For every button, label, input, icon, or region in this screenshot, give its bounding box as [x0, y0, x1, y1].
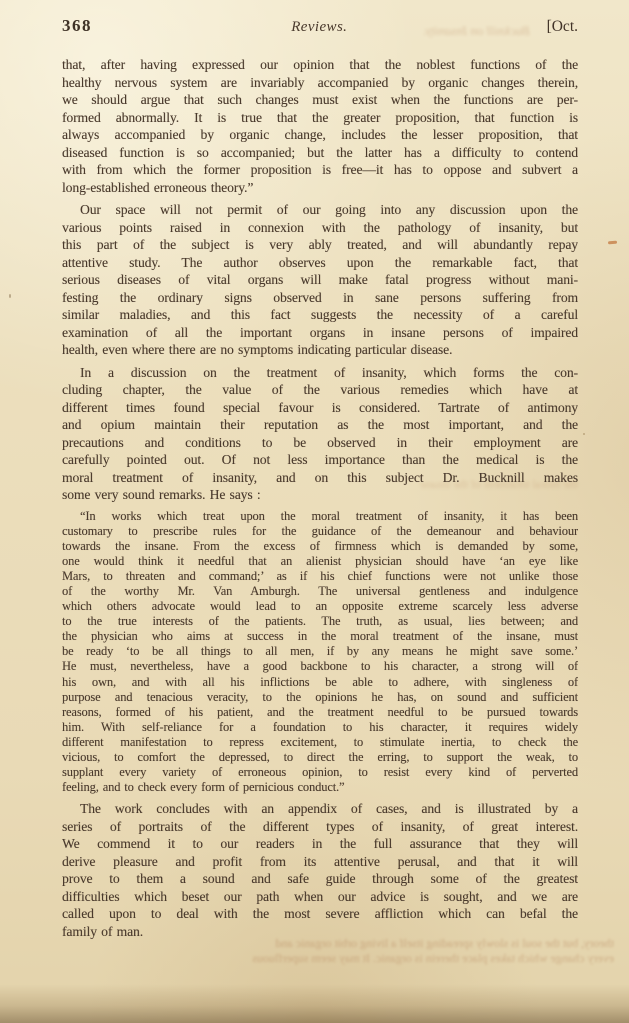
bleedthrough-bottom-line-2: every change which takes place therein i…: [92, 951, 614, 966]
text-line: festing the ordinary signs observed in s…: [62, 289, 578, 307]
scanned-book-page: 368 Reviews. [Oct. Bucknill on Insanity.…: [0, 0, 629, 1023]
text-line: different times found special favour is …: [62, 399, 578, 417]
text-line: we should argue that such changes must e…: [62, 91, 578, 109]
text-line: similar maladies, and this fact suggests…: [62, 306, 578, 324]
issue-marker: [Oct.: [547, 18, 578, 36]
text-line: supplant every variety of erroneous opin…: [62, 765, 578, 780]
text-line: health, even where there are no symptoms…: [62, 341, 578, 359]
paragraph: that, after having expressed our opinion…: [62, 56, 578, 196]
text-line: feeling, and to check every form of pern…: [62, 780, 578, 795]
text-line: In a discussion on the treatment of insa…: [62, 364, 578, 382]
page-number: 368: [62, 16, 92, 36]
paragraph: Our space will not permit of our going i…: [62, 201, 578, 359]
text-line: to the true interests of the patients. T…: [62, 614, 578, 629]
text-line: purpose and tenacious veracity, to the o…: [62, 690, 578, 705]
text-line: serious diseases of vital organs will ma…: [62, 271, 578, 289]
text-line: series of portraits of the different typ…: [62, 818, 578, 836]
text-line: and opium maintain their reputation as t…: [62, 416, 578, 434]
paragraph: In a discussion on the treatment of insa…: [62, 364, 578, 504]
text-line: family of man.: [62, 923, 578, 941]
text-line: him. With self-reliance for a foundation…: [62, 720, 578, 735]
text-line: “In works which treat upon the moral tre…: [62, 509, 578, 524]
text-line: attentive study. The author observes upo…: [62, 254, 578, 272]
text-line: called upon to deal with the most severe…: [62, 905, 578, 923]
text-line: He must, nevertheless, have a good backb…: [62, 659, 578, 674]
text-line: We commend it to our readers in the full…: [62, 835, 578, 853]
text-line: that, after having expressed our opinion…: [62, 56, 578, 74]
text-line: prove to them a sound and safe guide thr…: [62, 870, 578, 888]
text-line: cluding chapter, the value of the variou…: [62, 381, 578, 399]
text-line: reasons, formed of his patient, and the …: [62, 705, 578, 720]
block-quote: “In works which treat upon the moral tre…: [62, 509, 578, 796]
margin-ink-mark: [608, 241, 617, 244]
text-line: vicious, to comfort the depressed, to di…: [62, 750, 578, 765]
text-line: the physician who aims at success in the…: [62, 629, 578, 644]
text-line: customary to prescribe rules for the gui…: [62, 524, 578, 539]
paper-speck: [9, 294, 11, 298]
text-line: different manifestation to repress excit…: [62, 735, 578, 750]
text-line: his own, and with all his inflictions be…: [62, 675, 578, 690]
text-line: towards the insane. From the excess of f…: [62, 539, 578, 554]
text-line: long-established erroneous theory.”: [62, 179, 578, 197]
text-line: difficulties which beset our path when o…: [62, 888, 578, 906]
text-line: Our space will not permit of our going i…: [62, 201, 578, 219]
text-line: The work concludes with an appendix of c…: [62, 800, 578, 818]
text-line: precautions and conditions to be observe…: [62, 434, 578, 452]
text-line: always accompanied by organic change, in…: [62, 126, 578, 144]
text-line: this part of the subject is very ably tr…: [62, 236, 578, 254]
page-header: 368 Reviews. [Oct.: [62, 16, 578, 36]
text-line: carefully pointed out. Of not less impor…: [62, 451, 578, 469]
text-line: which others advocate would lead to an o…: [62, 599, 578, 614]
text-line: some very sound remarks. He says :: [62, 486, 578, 504]
article-text: that, after having expressed our opinion…: [62, 56, 578, 940]
text-line: various points raised in connexion with …: [62, 219, 578, 237]
running-title: Reviews.: [291, 19, 347, 36]
paper-speck: [583, 433, 585, 435]
text-line: formed abnormally. It is true that the g…: [62, 109, 578, 127]
text-line: be ready ‘to be all things to all men, i…: [62, 644, 578, 659]
text-line: diseased function is so accompanied; but…: [62, 144, 578, 162]
text-line: derive pleasure and profit from its atte…: [62, 853, 578, 871]
paragraph: The work concludes with an appendix of c…: [62, 800, 578, 940]
text-line: of the worthy Mr. Van Amburgh. The unive…: [62, 584, 578, 599]
text-line: with from which the former proposition i…: [62, 161, 578, 179]
text-line: examination of all the important organs …: [62, 324, 578, 342]
text-line: Mars, to threaten and command;’ as if hi…: [62, 569, 578, 584]
text-line: one would think it needful that an alien…: [62, 554, 578, 569]
text-line: healthy nervous system are invariably ac…: [62, 74, 578, 92]
text-line: moral treatment of insanity, and on this…: [62, 469, 578, 487]
